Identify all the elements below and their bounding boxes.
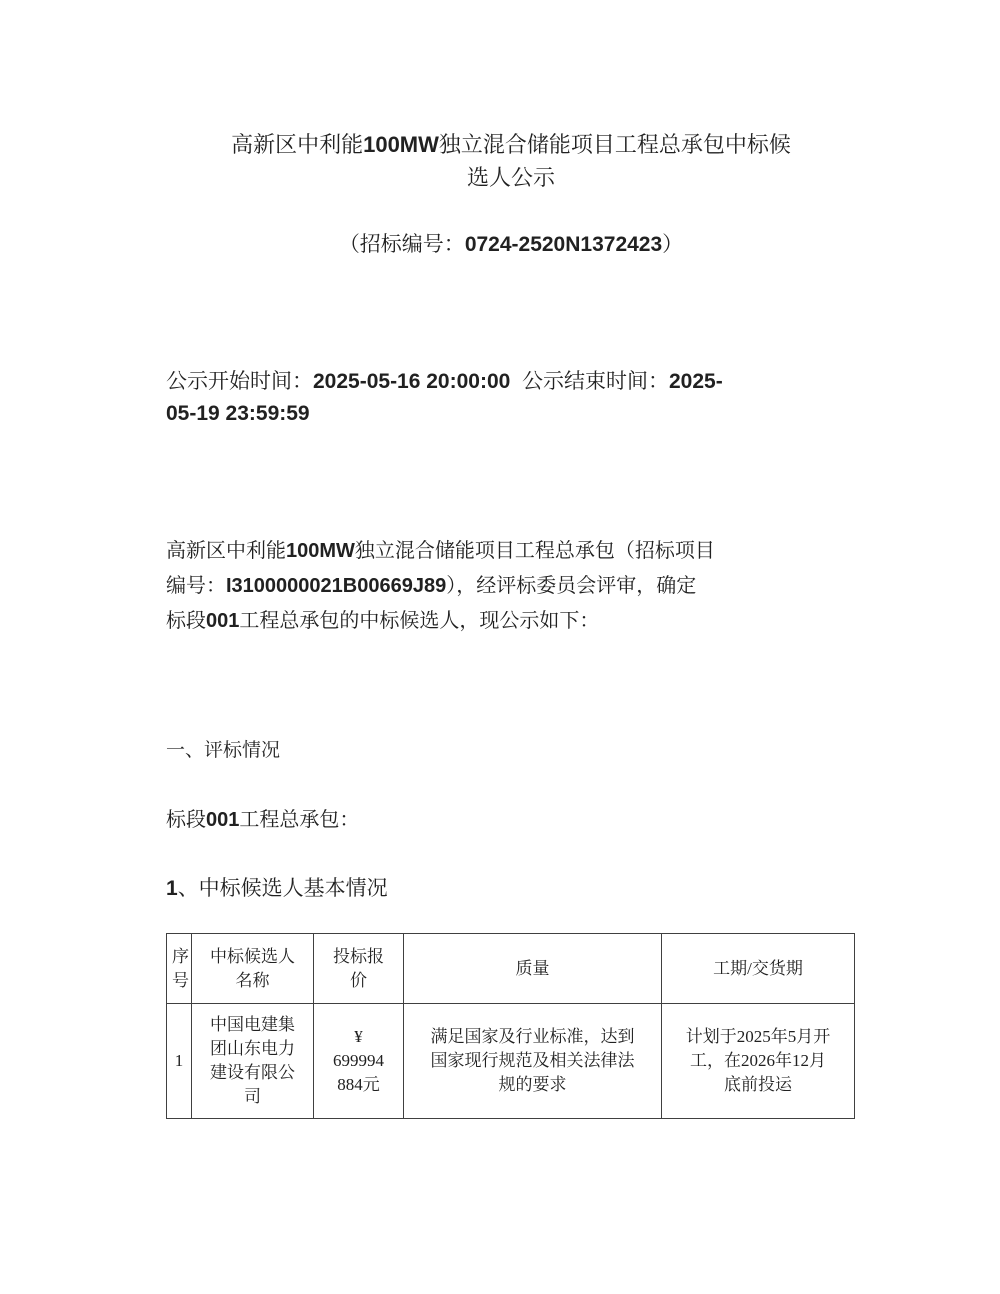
col-header-quality: 质量 <box>404 934 662 1004</box>
lot-line: 标段001工程总承包： <box>166 806 856 834</box>
table-row: 1 中国电建集 团山东电力 建设有限公 司 ¥ 699994 884元 满足国家… <box>167 1004 855 1119</box>
intro-paragraph: 高新区中利能100MW独立混合储能项目工程总承包（招标项目 编号：I310000… <box>166 534 856 639</box>
cell-quality: 满足国家及行业标准，达到 国家现行规范及相关法律法 规的要求 <box>404 1004 662 1119</box>
section-heading-evaluation: 一、评标情况 <box>166 738 856 764</box>
tender-number-line: （招标编号：0724-2520N1372423） <box>166 230 856 260</box>
publicity-period-line: 公示开始时间：2025-05-16 20:00:00 公示结束时间：2025- … <box>166 366 856 430</box>
cell-candidate-name: 中国电建集 团山东电力 建设有限公 司 <box>192 1004 314 1119</box>
col-header-candidate-name: 中标候选人 名称 <box>192 934 314 1004</box>
cell-bid-price: ¥ 699994 884元 <box>314 1004 404 1119</box>
document-title: 高新区中利能100MW独立混合储能项目工程总承包中标候 选人公示 <box>166 128 856 194</box>
cell-serial: 1 <box>167 1004 192 1119</box>
col-header-serial: 序 号 <box>167 934 192 1004</box>
document-content: 高新区中利能100MW独立混合储能项目工程总承包中标候 选人公示 （招标编号：0… <box>0 0 1000 1119</box>
announcement-page: 高新区中利能100MW独立混合储能项目工程总承包中标候 选人公示 （招标编号：0… <box>0 0 1000 1294</box>
subsection-heading-candidates: 1、中标候选人基本情况 <box>166 874 856 903</box>
col-header-bid-price: 投标报 价 <box>314 934 404 1004</box>
table-header-row: 序 号 中标候选人 名称 投标报 价 质量 工期/交货期 <box>167 934 855 1004</box>
cell-schedule: 计划于2025年5月开 工，在2026年12月 底前投运 <box>662 1004 855 1119</box>
col-header-schedule: 工期/交货期 <box>662 934 855 1004</box>
candidates-table: 序 号 中标候选人 名称 投标报 价 质量 工期/交货期 1 中国电建集 团山东… <box>166 933 855 1119</box>
